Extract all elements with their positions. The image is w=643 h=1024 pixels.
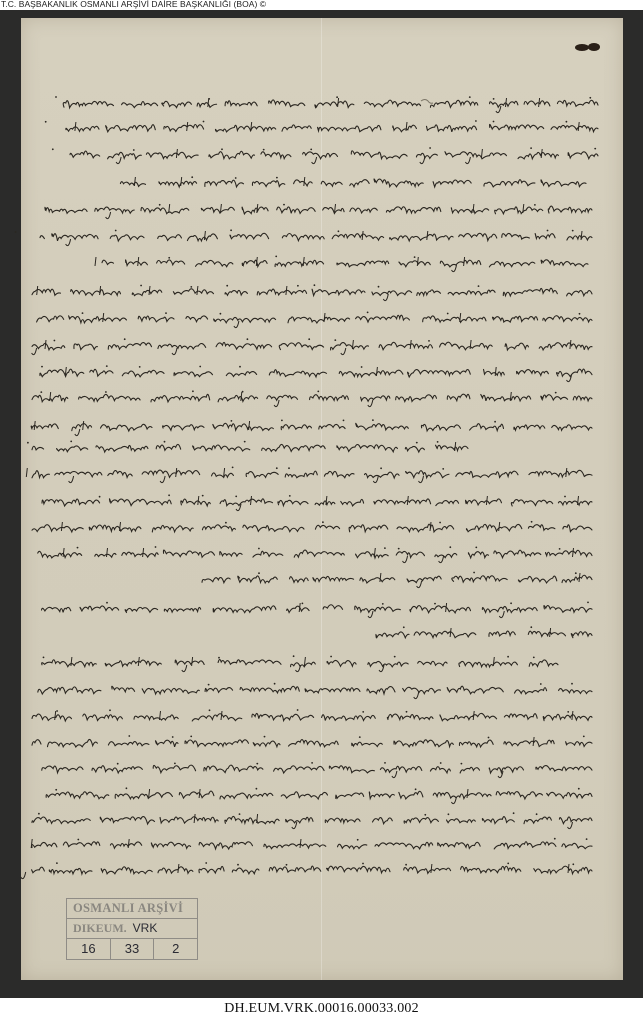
handwritten-line (62, 94, 600, 112)
handwritten-line (30, 464, 594, 482)
ink-blot-mark (574, 42, 602, 52)
handwritten-line (30, 835, 594, 853)
handwritten-line (30, 363, 594, 381)
handwritten-line (30, 282, 594, 300)
stamp-series: DIKEUM. VRK (67, 919, 197, 938)
handwritten-line (30, 544, 594, 562)
handwritten-line (38, 227, 594, 245)
handwritten-line (30, 680, 594, 698)
handwritten-line (112, 173, 588, 191)
handwritten-line (370, 624, 594, 642)
handwritten-line (30, 388, 594, 406)
handwritten-line (30, 860, 594, 878)
stamp-title: OSMANLI ARŞİVİ (67, 899, 197, 918)
stamp-cell-page: 2 (154, 939, 197, 959)
handwritten-line (30, 759, 594, 777)
stamp-series-label: DIKEUM. (73, 921, 127, 935)
stamp-cell-file: 33 (111, 939, 155, 959)
archive-stamp: OSMANLI ARŞİVİ DIKEUM. VRK 16 33 2 (66, 898, 198, 960)
stamp-cell-box: 16 (67, 939, 111, 959)
handwritten-line (30, 336, 594, 354)
copyright-banner: T.C. BAŞBAKANLIK OSMANLI ARŞİVİ DAİRE BA… (1, 0, 268, 9)
stamp-series-handwritten: VRK (133, 921, 158, 935)
handwritten-line (64, 118, 600, 136)
handwritten-line (200, 569, 594, 587)
handwritten-line (30, 785, 594, 803)
reference-code: DH.EUM.VRK.00016.00033.002 (0, 1001, 643, 1017)
handwritten-line (32, 200, 594, 218)
handwritten-line (30, 707, 594, 725)
manuscript-page (21, 18, 623, 980)
handwritten-line (40, 492, 594, 510)
handwritten-line (30, 810, 594, 828)
handwritten-line (30, 309, 594, 327)
handwritten-line (30, 518, 594, 536)
handwritten-line (68, 145, 600, 163)
handwritten-line (30, 438, 470, 456)
handwritten-line (100, 253, 590, 271)
handwritten-line (40, 653, 560, 671)
handwritten-line (30, 733, 594, 751)
handwritten-line (30, 417, 594, 435)
handwritten-line (34, 599, 594, 617)
